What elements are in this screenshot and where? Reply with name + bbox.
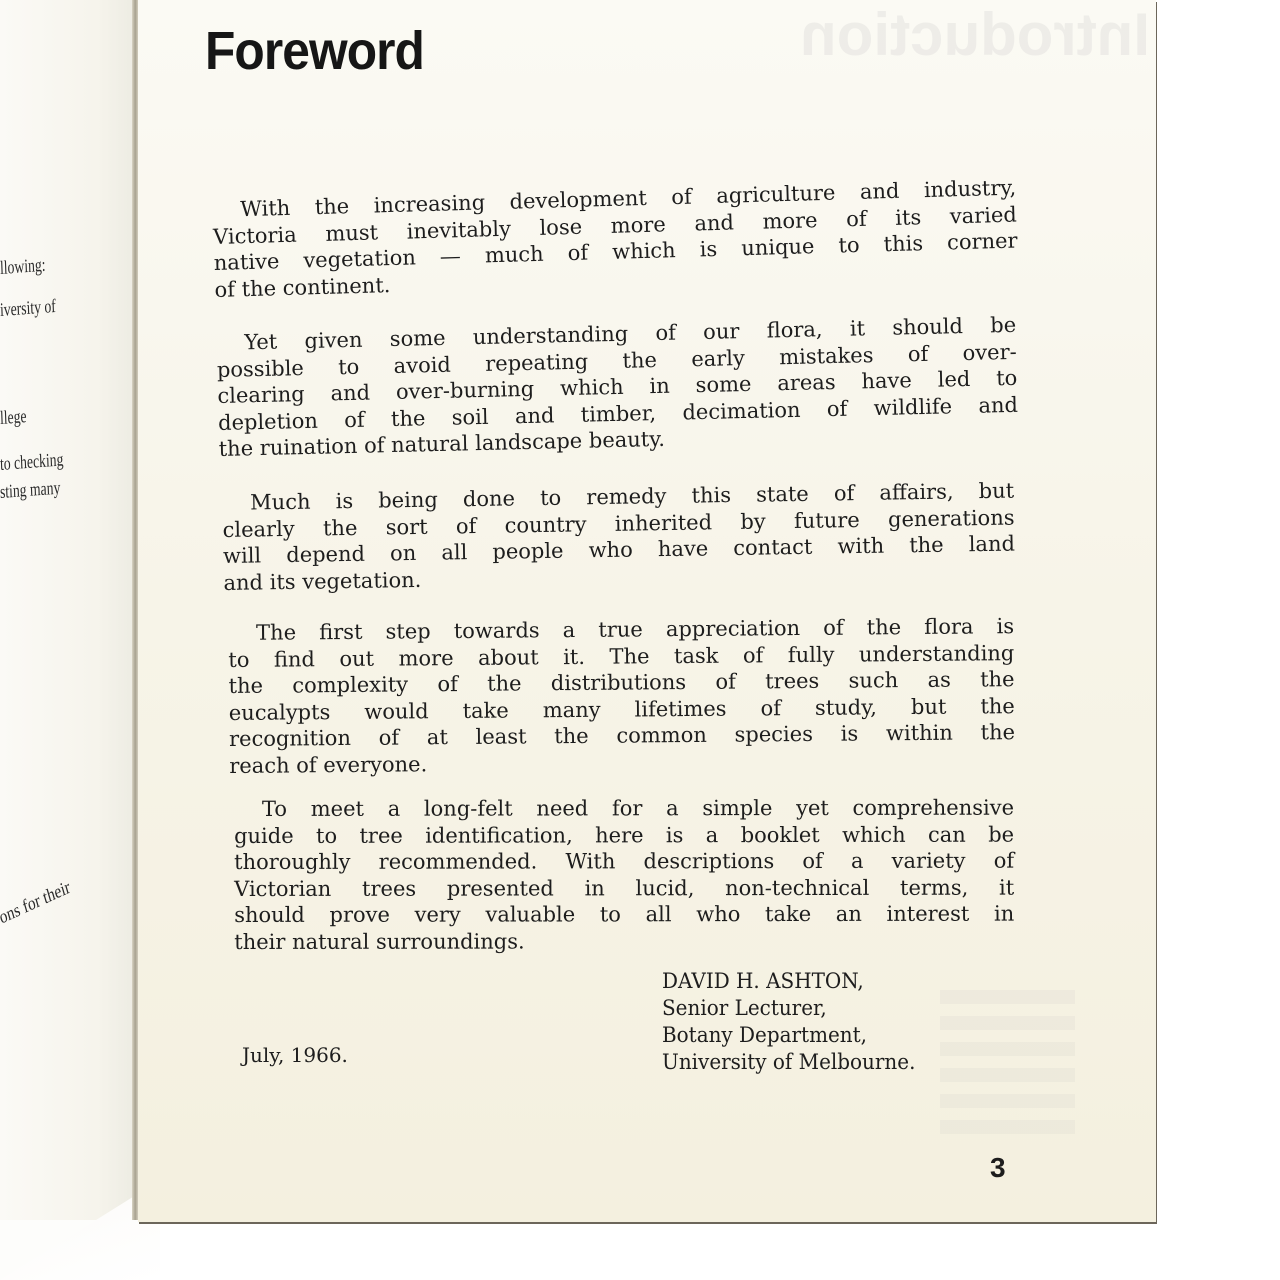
paragraph-line: guide to tree identification, here is a … xyxy=(234,821,1014,849)
paragraph: The first step towards a true appreciati… xyxy=(228,613,1015,779)
left-page-fragment: llege xyxy=(0,406,27,430)
bleed-through-heading: Introduction xyxy=(700,0,1150,110)
paragraph-line: Victorian trees presented in lucid, non-… xyxy=(234,874,1014,902)
page-number: 3 xyxy=(990,1152,1006,1184)
left-page: llowing: iversity of llege to checking s… xyxy=(0,0,138,1220)
left-page-fragment: iversity of xyxy=(0,296,56,322)
signature-title: Senior Lecturer, xyxy=(662,995,915,1022)
paragraph-line: their natural surroundings. xyxy=(234,927,1014,955)
left-page-fragment: ons for their xyxy=(0,877,73,929)
signature-block: DAVID H. ASHTON, Senior Lecturer, Botany… xyxy=(662,968,915,1076)
paragraph-line: To meet a long-felt need for a simple ye… xyxy=(234,795,1014,823)
paragraph: Yet given some understanding of our flor… xyxy=(216,312,1019,463)
paragraph: With the increasing development of agric… xyxy=(212,175,1019,303)
paragraph: Much is being done to remedy this state … xyxy=(222,478,1016,596)
left-page-fragment: to checking xyxy=(0,449,64,476)
page-title: Foreword xyxy=(205,20,424,82)
paragraph: To meet a long-felt need for a simple ye… xyxy=(234,795,1014,955)
background-right xyxy=(1156,0,1280,1280)
date: July, 1966. xyxy=(242,1043,348,1067)
paragraph-line: thoroughly recommended. With description… xyxy=(234,848,1014,876)
paragraph-line: should prove very valuable to all who ta… xyxy=(234,901,1014,929)
left-page-fragment: sting many xyxy=(0,478,61,504)
signature-name: DAVID H. ASHTON, xyxy=(662,968,915,995)
signature-department: Botany Department, xyxy=(662,1022,915,1049)
background-bottom xyxy=(138,1222,1280,1280)
signature-institution: University of Melbourne. xyxy=(662,1049,915,1076)
left-page-fragment: llowing: xyxy=(0,255,46,280)
bleed-through-text xyxy=(940,990,1075,1140)
